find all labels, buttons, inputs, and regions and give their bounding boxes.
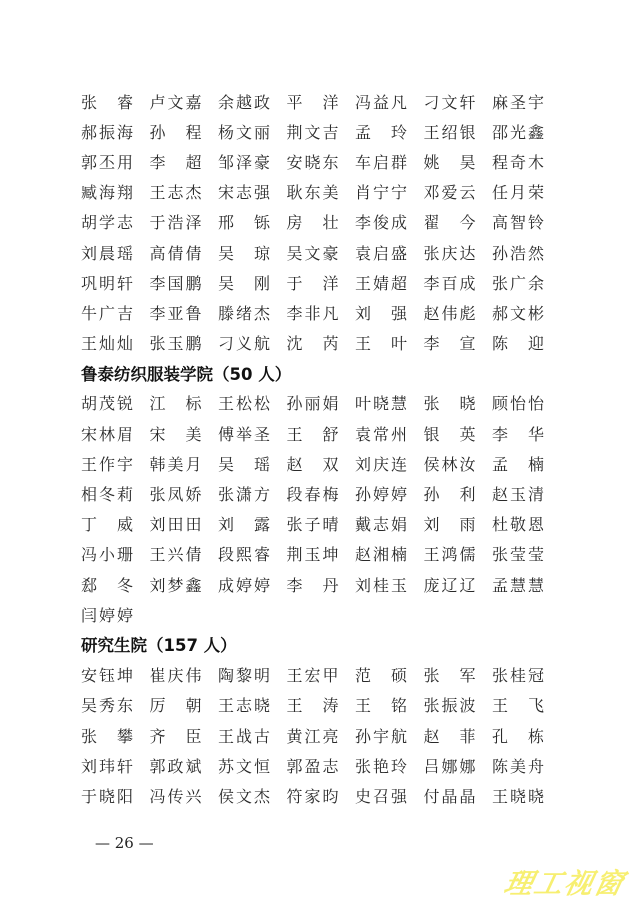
name-row: 丁威刘田田刘露张子晴戴志娟刘雨杜敬恩 [81, 509, 561, 539]
name-char: 轩 [459, 90, 475, 113]
person-name: 任月荣 [492, 180, 544, 203]
name-char: 英 [459, 422, 475, 445]
name-list-page: 张睿卢文嘉余越政平洋冯益凡刁文轩麻圣宇郝振海孙程杨文丽荆文吉孟玲王绍银邵光鑫郭丕… [81, 86, 561, 811]
name-char: 婧 [373, 271, 389, 294]
name-row: 宋林眉宋美傅举圣王舒袁常州银英李华 [81, 418, 561, 448]
name-char: 赵 [424, 301, 440, 324]
person-name: 姚昊 [424, 150, 476, 173]
name-char: 玮 [99, 754, 115, 777]
name-char: 舒 [322, 422, 338, 445]
name-char: 荆 [287, 542, 303, 565]
name-char: 伟 [441, 301, 457, 324]
name-char: 慧 [510, 573, 526, 596]
person-name: 宋美 [150, 422, 202, 445]
name-char: 楠 [528, 452, 544, 475]
name-char: 月 [185, 452, 201, 475]
name-char: 政 [167, 754, 183, 777]
name-char: 玲 [391, 120, 407, 143]
person-name: 崔庆伟 [150, 663, 202, 686]
name-char: 娟 [391, 512, 407, 535]
person-name: 孟楠 [492, 452, 544, 475]
name-char: 志 [167, 180, 183, 203]
name-char: 丹 [322, 573, 338, 596]
person-name: 胡茂锐 [81, 391, 133, 414]
name-char: 美 [167, 452, 183, 475]
person-name: 郝振海 [81, 120, 133, 143]
name-char: 郄 [81, 573, 97, 596]
name-char: 丽 [254, 120, 270, 143]
name-char: 家 [304, 784, 320, 807]
name-char: 用 [117, 150, 133, 173]
name-char: 王 [81, 331, 97, 354]
name-char: 传 [167, 784, 183, 807]
name-char: 刘 [424, 512, 440, 535]
name-char: 鑫 [185, 573, 201, 596]
name-char: 刁 [424, 90, 440, 113]
name-char: 航 [391, 724, 407, 747]
name-char: 芮 [322, 331, 338, 354]
name-char: 铃 [528, 210, 544, 233]
person-name: 车启群 [355, 150, 407, 173]
person-name: 张攀 [81, 724, 133, 747]
name-char: 兴 [185, 784, 201, 807]
name-char: 胡 [81, 391, 97, 414]
name-char: 齐 [150, 724, 166, 747]
name-char: 强 [391, 784, 407, 807]
name-char: 刚 [254, 271, 270, 294]
name-char: 赵 [424, 724, 440, 747]
name-char: 宇 [528, 90, 544, 113]
name-char: 庆 [441, 241, 457, 264]
name-char: 冯 [150, 784, 166, 807]
name-char: 晓 [254, 693, 270, 716]
name-char: 陈 [492, 754, 508, 777]
name-char: 张 [150, 482, 166, 505]
name-row: 王灿灿张玉鹏刁义航沈芮王叶李宣陈迎 [81, 328, 561, 358]
person-name: 郄冬 [81, 573, 133, 596]
name-char: 豪 [254, 150, 270, 173]
name-char: 李 [355, 210, 371, 233]
name-char: 冠 [528, 663, 544, 686]
person-name: 符家昀 [287, 784, 339, 807]
name-char: 王 [355, 271, 371, 294]
name-char: 志 [117, 210, 133, 233]
name-char: 傅 [218, 422, 234, 445]
person-name: 刘晨瑶 [81, 241, 133, 264]
name-char: 宏 [304, 663, 320, 686]
name-char: 志 [236, 180, 252, 203]
name-char: 孙 [424, 482, 440, 505]
name-char: 超 [185, 150, 201, 173]
person-name: 王志晓 [218, 693, 270, 716]
name-char: 安 [287, 150, 303, 173]
name-char: 锐 [117, 391, 133, 414]
name-char: 吴 [218, 271, 234, 294]
name-char: 于 [287, 271, 303, 294]
name-char: 刘 [150, 512, 166, 535]
person-name: 相冬莉 [81, 482, 133, 505]
name-char: 作 [99, 452, 115, 475]
name-char: 于 [81, 784, 97, 807]
name-char: 肖 [355, 180, 371, 203]
name-char: 玲 [391, 754, 407, 777]
person-name: 吕娜娜 [424, 754, 476, 777]
name-char: 睿 [254, 542, 270, 565]
name-char: 巩 [81, 271, 97, 294]
name-char: 刘 [355, 301, 371, 324]
section-title: 研究生院（157 人） [81, 629, 561, 659]
name-char: 志 [373, 512, 389, 535]
name-char: 宋 [150, 422, 166, 445]
name-char: 成 [218, 573, 234, 596]
name-char: 孙 [355, 724, 371, 747]
name-char: 刘 [81, 754, 97, 777]
name-char: 浩 [167, 210, 183, 233]
name-char: 方 [254, 482, 270, 505]
name-char: 美 [185, 422, 201, 445]
name-char: 孙 [150, 120, 166, 143]
person-name: 王灿灿 [81, 331, 133, 354]
name-char: 车 [355, 150, 371, 173]
name-row: 胡学志于浩泽邢铄房壮李俊成翟今高智铃 [81, 207, 561, 237]
name-char: 木 [528, 150, 544, 173]
person-name: 安晓东 [287, 150, 339, 173]
name-char: 郭 [287, 754, 303, 777]
name-char: 李 [150, 271, 166, 294]
person-name: 刘梦鑫 [150, 573, 202, 596]
name-char: 圣 [510, 90, 526, 113]
name-char: 玉 [167, 331, 183, 354]
name-char: 王 [218, 693, 234, 716]
name-char: 鲁 [185, 301, 201, 324]
name-char: 海 [99, 180, 115, 203]
person-name: 邓爱云 [424, 180, 476, 203]
name-char: 吉 [322, 120, 338, 143]
name-char: 张 [424, 241, 440, 264]
name-char: 王 [355, 331, 371, 354]
name-char: 国 [167, 271, 183, 294]
person-name: 高智铃 [492, 210, 544, 233]
name-char: 灿 [99, 331, 115, 354]
name-char: 江 [150, 391, 166, 414]
person-name: 麻圣宇 [492, 90, 544, 113]
person-name: 王志杰 [150, 180, 202, 203]
person-name: 宋志强 [218, 180, 270, 203]
person-name: 张玉鹏 [150, 331, 202, 354]
name-char: 瑶 [117, 241, 133, 264]
name-char: 庆 [167, 663, 183, 686]
person-name: 叶晓慧 [355, 391, 407, 414]
name-char: 冯 [81, 542, 97, 565]
name-char: 孟 [492, 452, 508, 475]
name-char: 韩 [150, 452, 166, 475]
name-char: 眉 [117, 422, 133, 445]
name-char: 云 [459, 180, 475, 203]
name-char: 银 [424, 422, 440, 445]
person-name: 李宣 [424, 331, 476, 354]
person-name: 李华 [492, 422, 544, 445]
name-char: 刘 [218, 512, 234, 535]
name-char: 莹 [510, 542, 526, 565]
person-name: 高倩倩 [150, 241, 202, 264]
name-char: 滕 [218, 301, 234, 324]
name-char: 段 [218, 542, 234, 565]
name-char: 吴 [218, 452, 234, 475]
person-name: 王铭 [355, 693, 407, 716]
name-char: 学 [99, 210, 115, 233]
name-char: 义 [236, 331, 252, 354]
name-char: 孟 [355, 120, 371, 143]
person-name: 江标 [150, 391, 202, 414]
name-char: 杨 [218, 120, 234, 143]
name-char: 余 [528, 271, 544, 294]
name-char: 晓 [528, 784, 544, 807]
name-char: 史 [355, 784, 371, 807]
person-name: 余越政 [218, 90, 270, 113]
name-char: 睿 [117, 90, 133, 113]
person-name: 杨文丽 [218, 120, 270, 143]
name-char: 珊 [117, 542, 133, 565]
name-char: 娜 [441, 754, 457, 777]
person-name: 赵菲 [424, 724, 476, 747]
name-char: 王 [218, 391, 234, 414]
name-char: 宁 [373, 180, 389, 203]
name-char: 莉 [117, 482, 133, 505]
name-char: 军 [459, 663, 475, 686]
name-char: 爱 [441, 180, 457, 203]
person-name: 张军 [424, 663, 476, 686]
name-char: 倩 [185, 241, 201, 264]
name-char: 顾 [492, 391, 508, 414]
name-char: 张 [150, 331, 166, 354]
name-char: 启 [373, 241, 389, 264]
name-char: 荣 [528, 180, 544, 203]
name-char: 杜 [492, 512, 508, 535]
name-char: 文 [304, 241, 320, 264]
name-char: 露 [254, 512, 270, 535]
person-name: 袁启盛 [355, 241, 407, 264]
person-name: 郭政斌 [150, 754, 202, 777]
person-name: 王战古 [218, 724, 270, 747]
name-char: 李 [424, 271, 440, 294]
person-name: 张莹莹 [492, 542, 544, 565]
person-name: 吴琼 [218, 241, 270, 264]
name-char: 然 [528, 241, 544, 264]
name-char: 莹 [528, 542, 544, 565]
name-char: 玉 [510, 482, 526, 505]
name-char: 敬 [510, 512, 526, 535]
person-name: 张潇方 [218, 482, 270, 505]
name-row: 郝振海孙程杨文丽荆文吉孟玲王绍银邵光鑫 [81, 116, 561, 146]
name-char: 泽 [236, 150, 252, 173]
person-name: 庞辽辽 [424, 573, 476, 596]
person-name: 李国鹏 [150, 271, 202, 294]
name-char: 张 [287, 512, 303, 535]
name-char: 婷 [391, 482, 407, 505]
name-char: 吴 [287, 241, 303, 264]
name-char: 牛 [81, 301, 97, 324]
name-char: 栋 [528, 724, 544, 747]
name-char: 邹 [218, 150, 234, 173]
name-char: 朝 [185, 693, 201, 716]
person-name: 滕绪杰 [218, 301, 270, 324]
name-row: 于晓阳冯传兴侯文杰符家昀史召强付晶晶王晓晓 [81, 780, 561, 810]
name-char: 刘 [355, 573, 371, 596]
person-name: 苏文恒 [218, 754, 270, 777]
person-name: 张桂冠 [492, 663, 544, 686]
name-char: 娟 [322, 391, 338, 414]
person-name: 肖宁宁 [355, 180, 407, 203]
section-title: 鲁泰纺织服装学院（50 人） [81, 358, 561, 388]
name-char: 洋 [322, 271, 338, 294]
name-char: 晶 [441, 784, 457, 807]
name-char: 越 [236, 90, 252, 113]
name-char: 灿 [117, 331, 133, 354]
name-char: 硕 [391, 663, 407, 686]
name-char: 政 [254, 90, 270, 113]
name-char: 楠 [391, 542, 407, 565]
person-name: 张晓 [424, 391, 476, 414]
name-char: 文 [441, 90, 457, 113]
person-name: 赵湘楠 [355, 542, 407, 565]
name-char: 月 [510, 180, 526, 203]
name-char: 嘉 [185, 90, 201, 113]
person-name: 丁威 [81, 512, 133, 535]
name-char: 张 [81, 724, 97, 747]
person-name: 李丹 [287, 573, 339, 596]
name-char: 庆 [373, 452, 389, 475]
name-char: 强 [391, 301, 407, 324]
name-char: 银 [459, 120, 475, 143]
name-char: 张 [355, 754, 371, 777]
name-char: 婷 [373, 482, 389, 505]
name-char: 标 [185, 391, 201, 414]
name-char: 冬 [117, 573, 133, 596]
name-char: 付 [424, 784, 440, 807]
name-char: 婷 [254, 573, 270, 596]
person-name: 银英 [424, 422, 476, 445]
name-char: 怡 [510, 391, 526, 414]
person-name: 王叶 [355, 331, 407, 354]
name-char: 孙 [287, 391, 303, 414]
name-char: 郝 [81, 120, 97, 143]
name-char: 苏 [218, 754, 234, 777]
name-char: 胡 [81, 210, 97, 233]
name-char: 文 [304, 120, 320, 143]
name-char: 浩 [510, 241, 526, 264]
person-name: 宋林眉 [81, 422, 133, 445]
name-char: 张 [218, 482, 234, 505]
name-char: 陶 [218, 663, 234, 686]
name-row: 相冬莉张凤娇张潇方段春梅孙婷婷孙利赵玉清 [81, 478, 561, 508]
name-char: 慧 [391, 391, 407, 414]
name-char: 吉 [117, 301, 133, 324]
name-char: 豪 [322, 241, 338, 264]
name-char: 铄 [254, 210, 270, 233]
person-name: 韩美月 [150, 452, 202, 475]
person-name: 吴文豪 [287, 241, 339, 264]
person-name: 程奇木 [492, 150, 544, 173]
name-char: 辽 [441, 573, 457, 596]
person-name: 王宏甲 [287, 663, 339, 686]
name-char: 邵 [492, 120, 508, 143]
name-char: 侯 [218, 784, 234, 807]
person-name: 侯林汝 [424, 452, 476, 475]
name-row: 冯小珊王兴倩段熙睿荆玉坤赵湘楠王鸿儒张莹莹 [81, 539, 561, 569]
name-char: 晓 [99, 784, 115, 807]
name-char: 智 [510, 210, 526, 233]
name-char: 茂 [99, 391, 115, 414]
person-name: 赵玉清 [492, 482, 544, 505]
name-char: 相 [81, 482, 97, 505]
person-name: 吴秀东 [81, 693, 133, 716]
name-char: 亚 [167, 301, 183, 324]
name-char: 成 [459, 271, 475, 294]
name-char: 东 [304, 180, 320, 203]
person-name: 杜敬恩 [492, 512, 544, 535]
name-char: 孙 [492, 241, 508, 264]
person-name: 房壮 [287, 210, 339, 233]
name-char: 清 [528, 482, 544, 505]
name-char: 群 [391, 150, 407, 173]
name-char: 超 [391, 271, 407, 294]
name-char: 州 [391, 422, 407, 445]
name-char: 松 [254, 391, 270, 414]
name-char: 邓 [424, 180, 440, 203]
name-char: 王 [218, 724, 234, 747]
name-char: 坤 [322, 542, 338, 565]
name-char: 亮 [322, 724, 338, 747]
name-char: 飞 [528, 693, 544, 716]
name-char: 广 [510, 271, 526, 294]
name-char: 赵 [287, 452, 303, 475]
person-name: 陈美舟 [492, 754, 544, 777]
name-char: 张 [492, 663, 508, 686]
name-char: 凤 [167, 482, 183, 505]
name-char: 光 [510, 120, 526, 143]
name-char: 黎 [236, 663, 252, 686]
name-char: 轩 [117, 754, 133, 777]
person-name: 卢文嘉 [150, 90, 202, 113]
name-char: 熙 [236, 542, 252, 565]
person-name: 陈迎 [492, 331, 544, 354]
name-char: 菲 [459, 724, 475, 747]
name-char: 涛 [322, 693, 338, 716]
name-row: 郄冬刘梦鑫成婷婷李丹刘桂玉庞辽辽孟慧慧 [81, 569, 561, 599]
name-char: 晓 [510, 784, 526, 807]
person-name: 黄江亮 [287, 724, 339, 747]
person-name: 王飞 [492, 693, 544, 716]
name-char: 于 [150, 210, 166, 233]
name-char: 孙 [355, 482, 371, 505]
name-char: 慧 [528, 573, 544, 596]
name-char: 梦 [167, 573, 183, 596]
name-char: 田 [167, 512, 183, 535]
name-char: 文 [236, 120, 252, 143]
person-name: 孙利 [424, 482, 476, 505]
name-row: 刘晨瑶高倩倩吴琼吴文豪袁启盛张庆达孙浩然 [81, 237, 561, 267]
person-name: 耿东美 [287, 180, 339, 203]
name-char: 冯 [355, 90, 371, 113]
name-char: 高 [492, 210, 508, 233]
name-char: 潇 [236, 482, 252, 505]
name-char: 李 [287, 301, 303, 324]
name-row: 胡茂锐江标王松松孙丽娟叶晓慧张晓顾怡怡 [81, 388, 561, 418]
name-char: 玉 [304, 542, 320, 565]
person-name: 王绍银 [424, 120, 476, 143]
person-name: 荆玉坤 [287, 542, 339, 565]
name-char: 吴 [218, 241, 234, 264]
